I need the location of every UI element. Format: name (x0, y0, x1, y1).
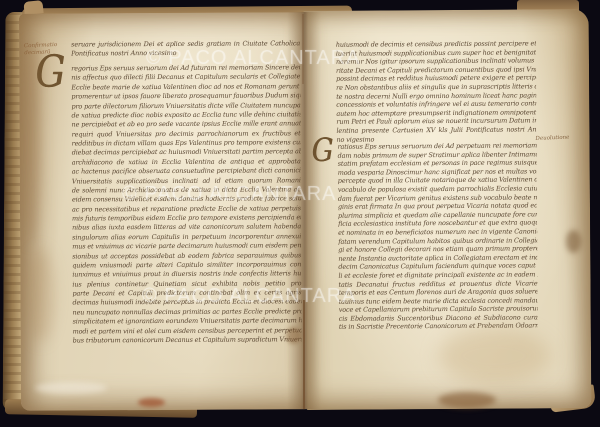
manuscript-left-page: Confirmatio decimarū G seruare jurisdici… (19, 12, 307, 410)
illuminated-initial-right: G (311, 134, 333, 166)
manuscript-right-page: huiusmodi de decimis et censibus predict… (304, 9, 592, 410)
left-page-intro-text: seruare jurisdicionem Dei et aplice sedi… (71, 39, 300, 59)
book-gutter-seam (303, 300, 305, 409)
manuscript-text-line: bus tributorum canonicorum Decanus et Ca… (73, 335, 302, 346)
manuscript-photograph: Confirmatio decimarū G seruare jurisdici… (0, 0, 600, 427)
right-page-paragraph2-text: ratiosus Eps seruus seruorum dei Ad perp… (338, 141, 538, 331)
manuscript-text-line: tis in Sacristie Precentorie Canonicorum… (339, 322, 538, 332)
manuscript-text-line: Pontificatus nostri Anno vicesimo (71, 49, 300, 60)
right-margin-annotation: Deuolutione (535, 135, 569, 143)
illuminated-initial-left: G (35, 51, 65, 95)
left-page-body-text: regorius Eps seruus seruorum dei Ad futu… (71, 63, 301, 345)
right-page-paragraph1-text: huiusmodi de decimis et censibus predict… (336, 39, 537, 144)
book-gutter-seam-top (302, 14, 304, 84)
